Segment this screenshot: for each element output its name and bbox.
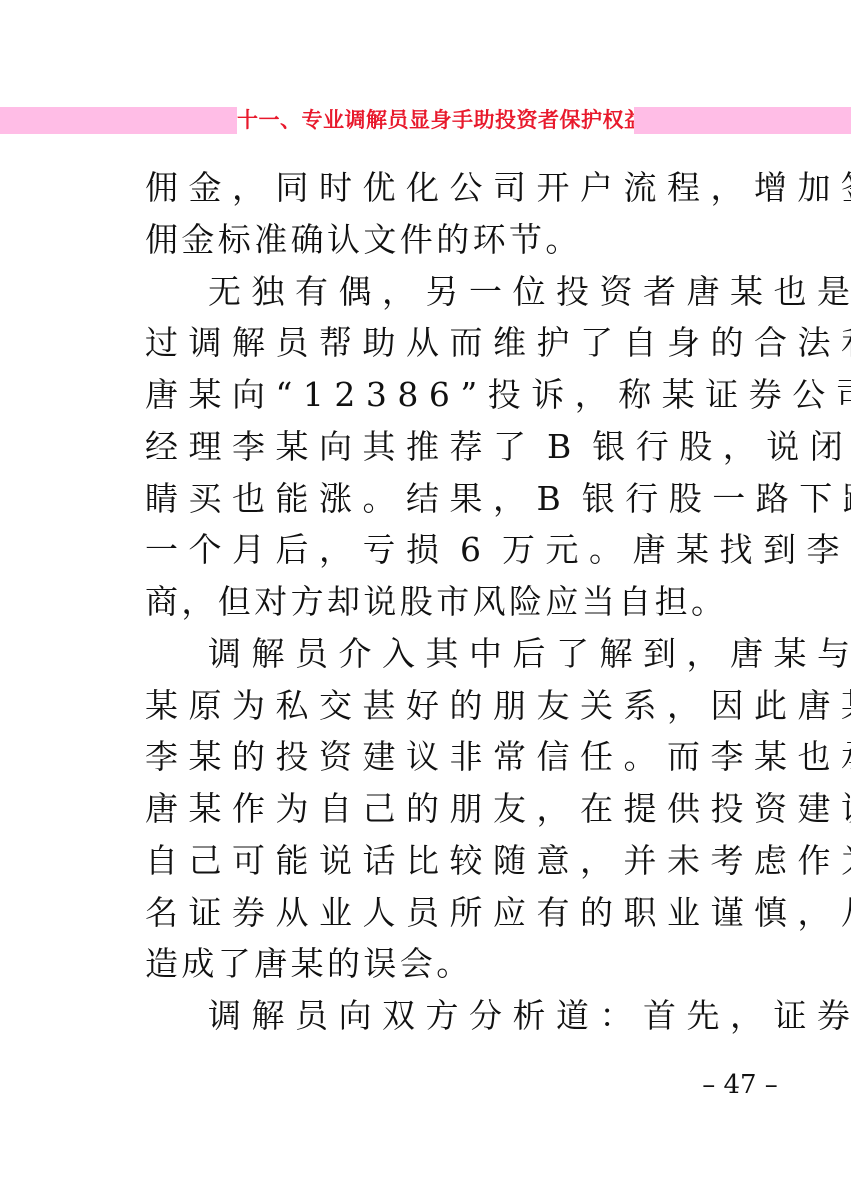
- text-line: 商，但对方却说股市风险应当自担。: [145, 576, 731, 628]
- text-line: 唐 某 向 “ 1 2 3 8 6 ” 投 诉 ， 称 某 证 券 公 司 客 …: [145, 369, 731, 421]
- chapter-title: 十一、专业调解员显身手助投资者保护权益: [237, 107, 634, 134]
- text-line: 佣 金 ， 同 时 优 化 公 司 开 户 流 程 ， 增 加 签 署: [145, 162, 731, 214]
- text-line: 过 调 解 员 帮 助 从 而 维 护 了 自 身 的 合 法 利 益 。: [145, 317, 731, 369]
- text-line: 佣金标准确认文件的环节。: [145, 214, 731, 266]
- text-line: 一 个 月 后 ， 亏 损 6 万 元 。 唐 某 找 到 李 某 协: [145, 524, 731, 576]
- text-line: 造成了唐某的误会。: [145, 938, 731, 990]
- text-line: 睛 买 也 能 涨 。 结 果 ， B 银 行 股 一 路 下 跌 ，: [145, 473, 731, 525]
- page-number: – 47 –: [700, 1070, 780, 1100]
- text-line: 名 证 券 从 业 人 员 所 应 有 的 职 业 谨 慎 ， 从 而: [145, 887, 731, 939]
- paragraph-start-line: 调 解 员 介 入 其 中 后 了 解 到 ， 唐 某 与 李: [145, 628, 731, 680]
- paragraph-start-line: 无 独 有 偶 ， 另 一 位 投 资 者 唐 某 也 是 通: [145, 266, 731, 318]
- text-line: 经 理 李 某 向 其 推 荐 了 B 银 行 股 ， 说 闭 着 眼: [145, 421, 731, 473]
- text-line: 自 己 可 能 说 话 比 较 随 意 ， 并 未 考 虑 作 为 一: [145, 835, 731, 887]
- paragraph-start-line: 调 解 员 向 双 方 分 析 道 ： 首 先 ， 证 券 从: [145, 990, 731, 1042]
- body-text: 佣 金 ， 同 时 优 化 公 司 开 户 流 程 ， 增 加 签 署 佣金标准…: [145, 162, 731, 1042]
- header-decor-bar-left: [0, 107, 237, 134]
- running-header: 十一、专业调解员显身手助投资者保护权益: [0, 107, 851, 134]
- header-decor-bar-right: [634, 107, 851, 134]
- text-line: 某 原 为 私 交 甚 好 的 朋 友 关 系 ， 因 此 唐 某 对: [145, 680, 731, 732]
- text-line: 唐 某 作 为 自 己 的 朋 友 ， 在 提 供 投 资 建 议 时 ，: [145, 783, 731, 835]
- text-line: 李 某 的 投 资 建 议 非 常 信 任 。 而 李 某 也 承 认 ，: [145, 731, 731, 783]
